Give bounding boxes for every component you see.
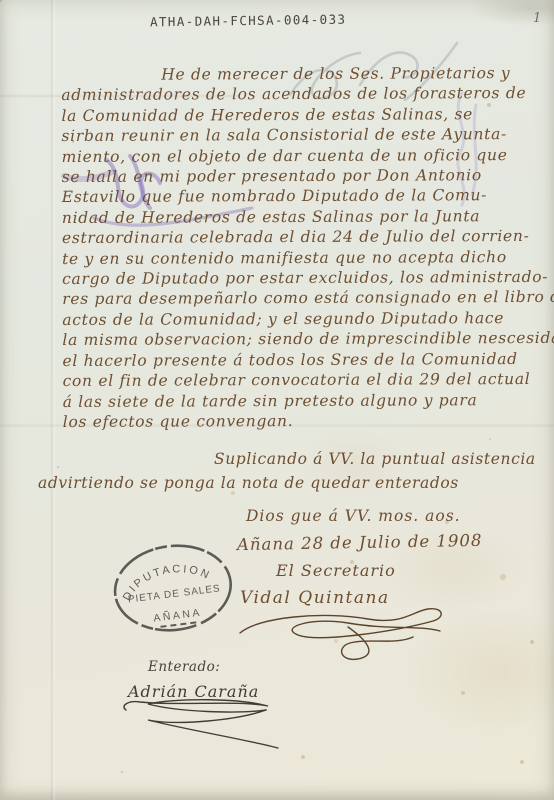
- acknowledgement-flourish: [118, 696, 318, 751]
- body-line: actos de la Comunidad; y el segundo Dipu…: [62, 308, 522, 330]
- letter-body: He de merecer de los Ses. Propietarios y…: [61, 63, 523, 432]
- body-line: nidad de Herederos de estas Salinas por …: [62, 206, 522, 228]
- body-line: á las siete de la tarde sin pretesto alg…: [63, 389, 523, 411]
- body-line: He de merecer de los Ses. Propietarios y: [61, 63, 521, 85]
- body-line: se halla en mi poder presentado por Don …: [62, 165, 522, 187]
- page-number: 1: [533, 11, 541, 26]
- dateline: Añana 28 de Julio de 1908: [237, 531, 483, 554]
- body-line: estraordinaria celebrada el dia 24 de Ju…: [62, 226, 522, 248]
- archival-reference: ATHA-DAH-FCHSA-004-033: [150, 12, 347, 30]
- body-line: el hacerlo presente á todos los Sres de …: [62, 349, 522, 371]
- body-line: con el fin de celebrar convocatoria el d…: [63, 369, 523, 391]
- body-line: los efectos que convengan.: [63, 410, 523, 432]
- secretary-title: El Secretario: [276, 561, 396, 580]
- closing-line: Suplicando á VV. la puntual asistencia: [214, 450, 536, 468]
- oval-stamp: DIPUTACION PIETA DE SALES AÑANA: [105, 534, 242, 645]
- body-line: Estavillo que fue nombrado Diputado de l…: [62, 185, 522, 207]
- signature-flourish: [228, 603, 453, 665]
- body-line: administradores de los acendados de los …: [61, 83, 521, 105]
- fold-crease-vertical: [50, 0, 56, 800]
- foxing-spots: [0, 0, 2, 2]
- body-line: la misma observacion; siendo de impresci…: [62, 328, 522, 350]
- body-line: la Comunidad de Herederos de estas Salin…: [61, 104, 521, 126]
- scanned-letter-page: ATHA-DAH-FCHSA-004-033 1 He de merecer d…: [0, 0, 554, 800]
- closing-line: advirtiendo se ponga la nota de quedar e…: [38, 474, 459, 492]
- body-line: cargo de Diputado por estar excluidos, l…: [62, 267, 522, 289]
- body-line: te y en su contenido manifiesta que no a…: [62, 247, 522, 269]
- valediction: Dios gue á VV. mos. aos.: [246, 507, 461, 525]
- acknowledgement-label: Enterado:: [148, 659, 220, 675]
- body-line: sirban reunir en la sala Consistorial de…: [61, 124, 521, 146]
- body-line: res para desempeñarlo como está consigna…: [62, 287, 522, 309]
- body-line: miento, con el objeto de dar cuenta de u…: [62, 145, 522, 167]
